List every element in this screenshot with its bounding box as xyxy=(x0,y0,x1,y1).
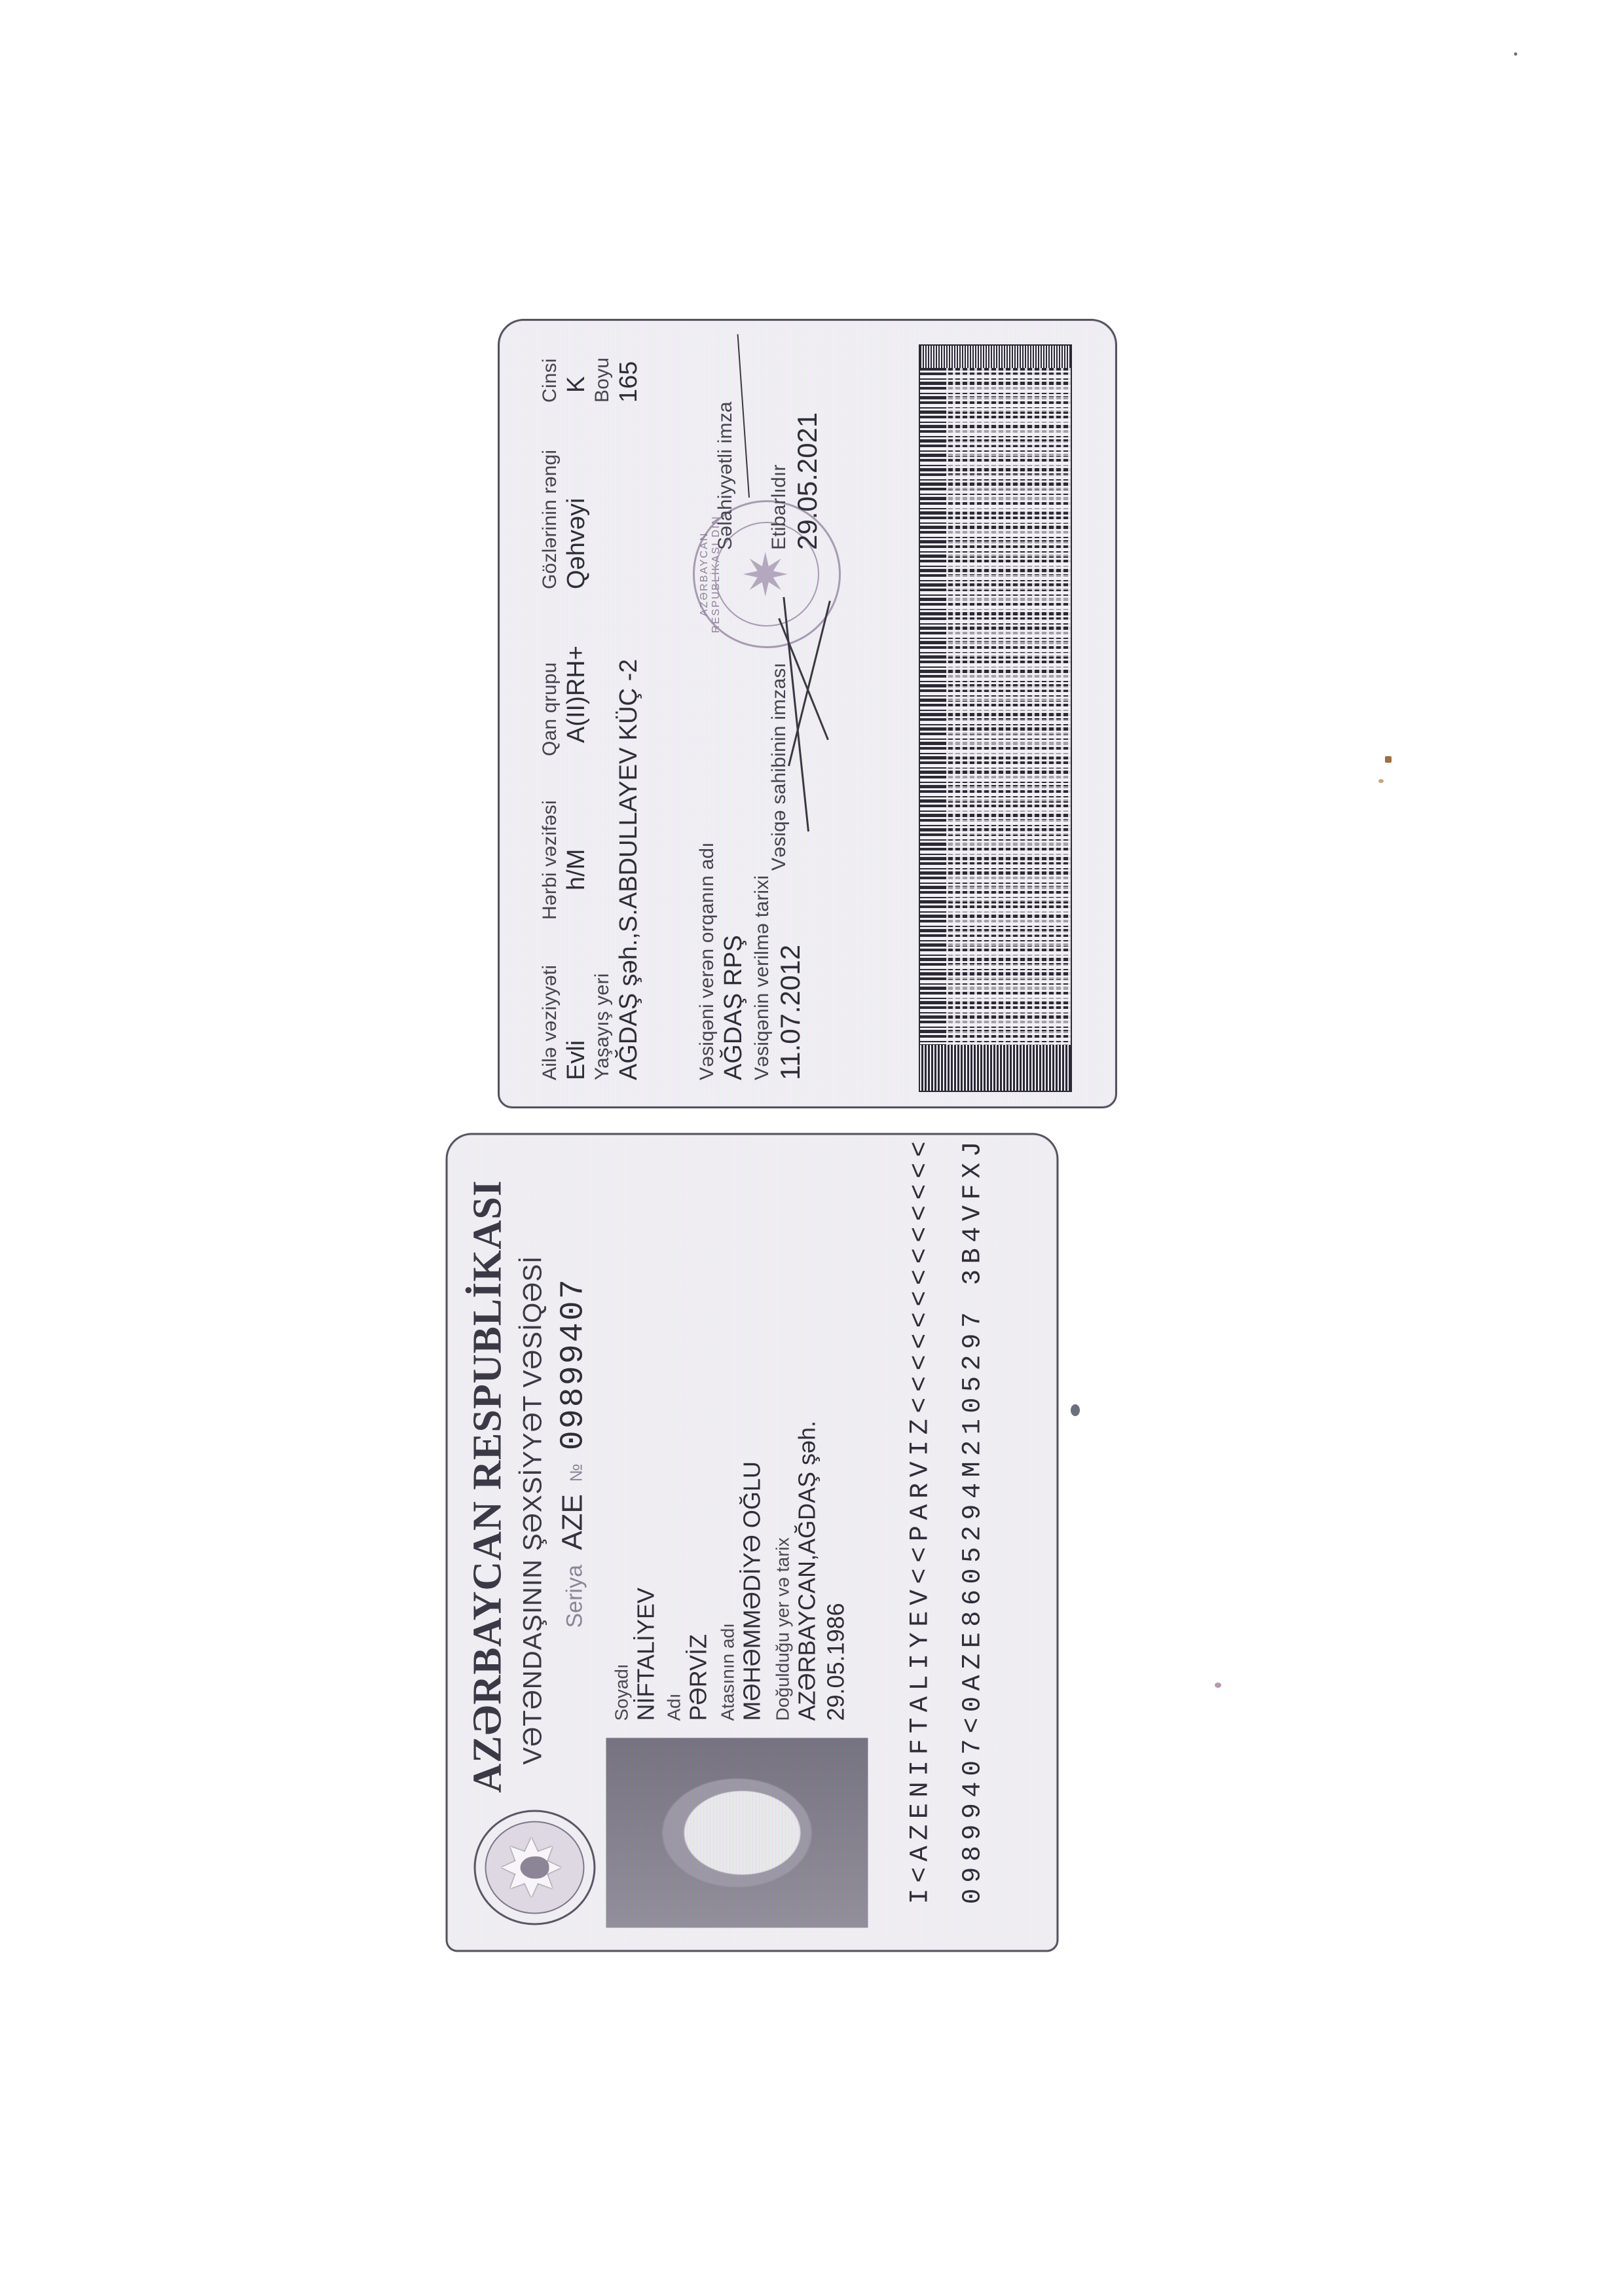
eye-color-label: Gözlərinin rəngi xyxy=(539,450,561,589)
birth-date-value: 29.05.1986 xyxy=(822,1603,850,1721)
issue-date-value: 11.07.2012 xyxy=(775,945,806,1080)
scan-speck xyxy=(1378,779,1384,783)
patronymic-label: Atasının adı xyxy=(718,1623,739,1721)
seal-star-icon: ✷ xyxy=(733,549,802,598)
surname-label: Soyadı xyxy=(612,1664,633,1721)
marital-status-value: Evli xyxy=(563,1040,591,1080)
mrz-line-1: I<AZENIFTALIYEV<<PARVIZ<<<<<<<<<<<<< xyxy=(906,1135,936,1904)
id-card-back: Ailə vəziyyəti Evli Hərbi vəzifəsi h/M Q… xyxy=(498,319,1113,1104)
residence-value: AĞDAŞ şəh.,S.ABDULLAYEV KÜÇ -2 xyxy=(615,659,643,1080)
id-card-front: ✸ AZƏRBAYCAN RESPUBLİKASI VƏTƏNDAŞININ Ş… xyxy=(445,1133,1054,1948)
scan-speck xyxy=(1071,1404,1080,1416)
number-sign: № xyxy=(566,1463,586,1482)
marital-status-label: Ailə vəziyyəti xyxy=(539,965,561,1080)
serial-number-line: Seriya AZE № 09899407 xyxy=(555,1277,593,1628)
sex-value: K xyxy=(563,376,591,393)
military-duty-value: h/M xyxy=(563,849,591,890)
scan-speck xyxy=(1514,52,1517,56)
valid-until-label: Etibarlıdır xyxy=(768,464,790,550)
issue-date-label: Vəsiqənin verilmə tarixi xyxy=(751,875,773,1080)
flame-icon xyxy=(521,1856,549,1878)
sex-label: Cinsi xyxy=(539,358,561,403)
state-emblem-icon: ✸ xyxy=(474,1810,596,1925)
document-number: 09899407 xyxy=(555,1277,593,1450)
given-name-value: PƏRVİZ xyxy=(685,1634,712,1721)
id-card-back-face: Ailə vəziyyəti Evli Hərbi vəzifəsi h/M Q… xyxy=(498,319,1117,1108)
seriya-label: Seriya xyxy=(563,1565,587,1628)
seriya-value: AZE xyxy=(557,1494,589,1550)
id-card-front-face: ✸ AZƏRBAYCAN RESPUBLİKASI VƏTƏNDAŞININ Ş… xyxy=(446,1133,1059,1952)
holder-signature-label: Vəsiqə sahibinin imzası xyxy=(768,663,790,871)
official-signature xyxy=(737,335,750,498)
2d-barcode xyxy=(919,344,1072,1092)
document-title: VƏTƏNDAŞININ ŞƏXSİYYƏT VƏSİQƏSİ xyxy=(519,1255,548,1764)
patronymic-value: MƏHƏMMƏDİYƏ OĞLU xyxy=(739,1461,766,1721)
issuing-authority-value: AĞDAŞ RPŞ xyxy=(720,935,748,1080)
surname-value: NİFTALİYEV xyxy=(633,1588,660,1721)
mrz-line-2: 09899407<0AZE8605294M2105297 3B4VFXJ0 xyxy=(959,1133,988,1904)
residence-label: Yaşayış yeri xyxy=(591,973,614,1080)
height-label: Boyu xyxy=(591,357,614,403)
valid-until-value: 29.05.2021 xyxy=(792,412,823,550)
issuing-authority-label: Vəsiqəni verən orqanın adı xyxy=(696,842,718,1080)
scan-speck xyxy=(1215,1683,1221,1688)
official-signature-label: Səlahiyyətli imza xyxy=(714,401,737,550)
military-duty-label: Hərbi vəzifəsi xyxy=(539,800,561,920)
scan-speck xyxy=(1385,756,1392,763)
blood-group-value: A(II)RH+ xyxy=(563,646,591,743)
given-name-label: Adı xyxy=(664,1693,685,1721)
birth-place-date-label: Doğulduğu yer və tarix xyxy=(773,1537,794,1721)
height-value: 165 xyxy=(615,361,643,403)
country-title: AZƏRBAYCAN RESPUBLİKASI xyxy=(465,1180,511,1793)
birth-place-value: AZƏRBAYCAN,AĞDAŞ şəh. xyxy=(794,1420,821,1721)
holder-photo xyxy=(606,1738,868,1927)
eye-color-value: Qəhvəyi xyxy=(563,498,591,589)
blood-group-label: Qan qrupu xyxy=(539,662,561,756)
